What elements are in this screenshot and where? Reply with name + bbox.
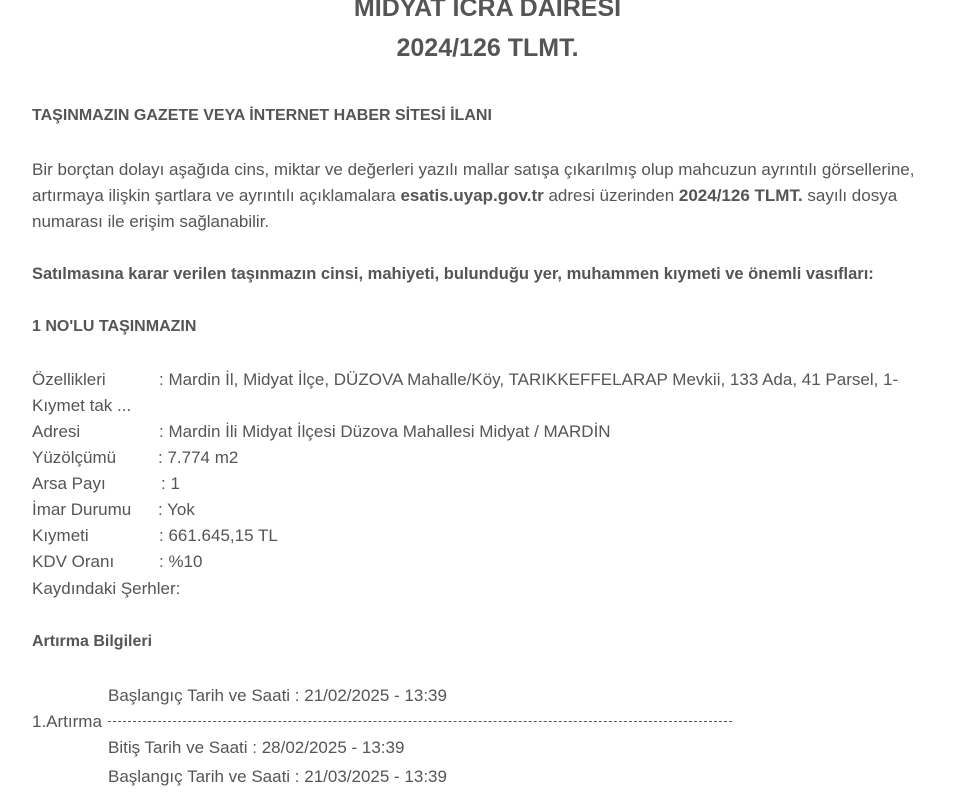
auction-1-start: Başlangıç Tarih ve Saati : 21/02/2025 - … (108, 683, 447, 709)
intro-text-2: adresi üzerinden (544, 186, 679, 205)
property-label: Yüzölçümü (32, 445, 158, 471)
property-value: : Yok (158, 500, 195, 519)
property-row-area: Yüzölçümü: 7.774 m2 (32, 445, 238, 471)
property-intro: Satılmasına karar verilen taşınmazın cin… (32, 265, 874, 284)
property-value: : 7.774 m2 (158, 448, 238, 467)
property-row-vat: KDV Oranı: %10 (32, 549, 202, 575)
esatis-site: esatis.uyap.gov.tr (400, 186, 543, 205)
property-row-features-cont: Kıymet tak ... (32, 393, 131, 419)
office-title: MIDYAT ICRA DAIRESI (0, 0, 965, 23)
property-value-continuation: Kıymet tak ... (32, 396, 131, 415)
file-number-title: 2024/126 TLMT. (0, 34, 965, 63)
property-value: : %10 (159, 552, 202, 571)
property-value: : 1 (161, 474, 180, 493)
auction-divider (108, 721, 732, 722)
property-label: Kıymeti (32, 523, 159, 549)
property-row-share: Arsa Payı: 1 (32, 471, 180, 497)
property-label: İmar Durumu (32, 497, 158, 523)
property-value: : 661.645,15 TL (159, 526, 278, 545)
property-row-address: Adresi: Mardin İli Midyat İlçesi Düzova … (32, 419, 611, 445)
property-row-value: Kıymeti: 661.645,15 TL (32, 523, 278, 549)
property-label: Arsa Payı (32, 471, 161, 497)
property-label: Adresi (32, 419, 159, 445)
property-row-zoning: İmar Durumu: Yok (32, 497, 195, 523)
auction-1-label: 1.Artırma (32, 709, 102, 735)
property-label: Kaydındaki Şerhler: (32, 579, 180, 598)
property-value: : Mardin İli Midyat İlçesi Düzova Mahall… (159, 422, 611, 441)
auction-title: Artırma Bilgileri (32, 633, 152, 651)
property-label: KDV Oranı (32, 549, 159, 575)
intro-paragraph: Bir borçtan dolayı aşağıda cins, miktar … (32, 157, 952, 235)
property-row-features: Özellikleri: Mardin İl, Midyat İlçe, DÜZ… (32, 367, 898, 393)
property-value: : Mardin İl, Midyat İlçe, DÜZOVA Mahalle… (159, 370, 898, 389)
property-row-annotations: Kaydındaki Şerhler: (32, 576, 180, 602)
property-label: Özellikleri (32, 367, 159, 393)
intro-file-number: 2024/126 TLMT. (679, 186, 803, 205)
auction-1-end: Bitiş Tarih ve Saati : 28/02/2025 - 13:3… (108, 735, 404, 761)
notice-title: TAŞINMAZIN GAZETE VEYA İNTERNET HABER Sİ… (32, 107, 492, 125)
auction-2-start: Başlangıç Tarih ve Saati : 21/03/2025 - … (108, 764, 447, 790)
property-title: 1 NO'LU TAŞINMAZIN (32, 318, 196, 336)
